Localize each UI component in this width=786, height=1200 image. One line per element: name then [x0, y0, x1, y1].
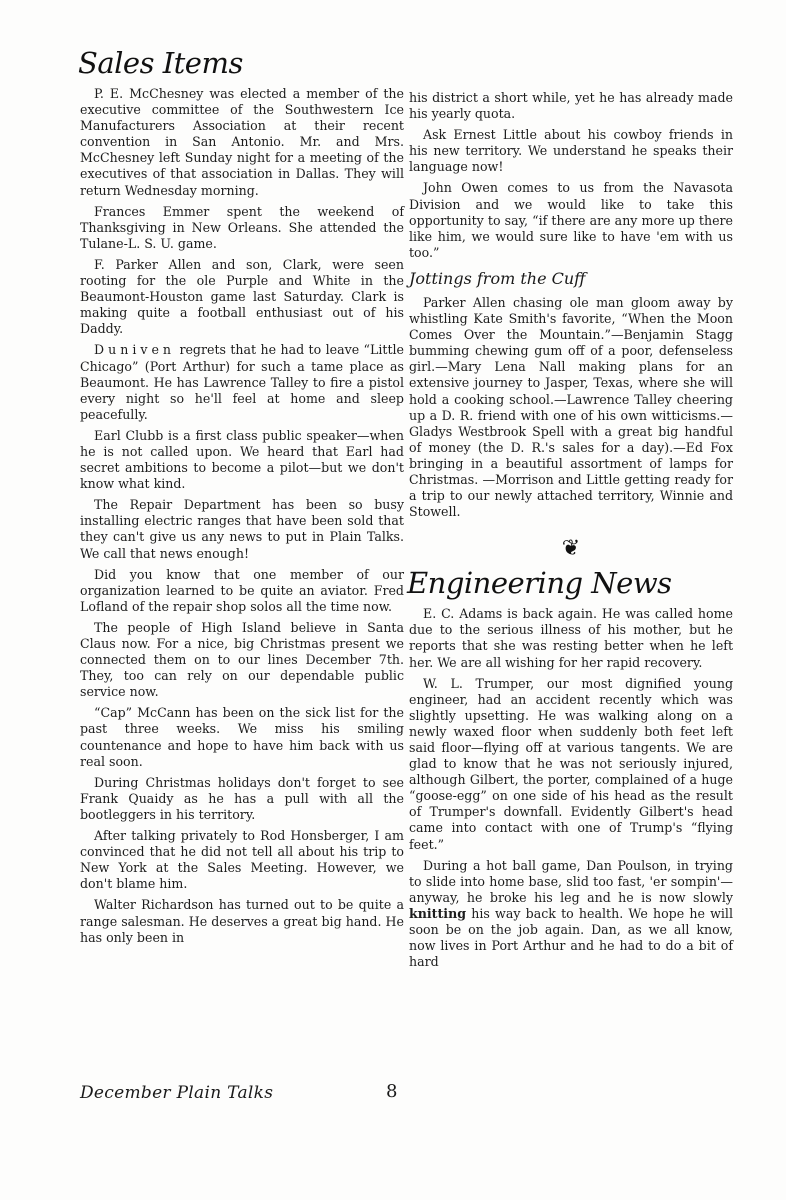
floral-ornament-icon: ❦ — [409, 536, 733, 562]
paragraph: E. C. Adams is back again. He was called… — [409, 606, 733, 670]
right-column: his district a short while, yet he has a… — [409, 16, 733, 975]
paragraph: During a hot ball game, Dan Poul­son, in… — [409, 858, 733, 971]
bold-word: knitting — [409, 906, 466, 921]
jottings-heading: Jottings from the Cuff — [409, 269, 733, 289]
sales-items-heading: Sales Items — [78, 46, 404, 80]
paragraph-continued: his district a short while, yet he has a… — [409, 90, 733, 122]
paragraph: Ask Ernest Little about his cowboy frien… — [409, 127, 733, 175]
left-column: Sales Items P. E. McChesney was elected … — [80, 46, 404, 951]
paragraph-text: During a hot ball game, Dan Poul­son, in… — [409, 858, 733, 905]
paragraph: Frances Emmer spent the weekend of Thank… — [80, 204, 404, 252]
paragraph: Did you know that one member of our orga… — [80, 567, 404, 615]
engineering-news-heading: Engineering News — [407, 566, 733, 600]
paragraph: John Owen comes to us from the Navasota … — [409, 180, 733, 260]
magazine-page: Sales Items P. E. McChesney was elected … — [0, 0, 786, 1200]
publication-name: December Plain Talks — [80, 1083, 273, 1103]
paragraph: During Christmas holidays don't for­get … — [80, 775, 404, 823]
jottings-paragraph: Parker Allen chasing ole man gloom away … — [409, 295, 733, 520]
page-number: 8 — [386, 1081, 397, 1102]
paragraph: After talking privately to Rod Hons­berg… — [80, 828, 404, 892]
paragraph: Duniven regrets that he had to leave “Li… — [80, 342, 404, 422]
paragraph: P. E. McChesney was elected a mem­ber of… — [80, 86, 404, 199]
paragraph: Earl Clubb is a first class public speak… — [80, 428, 404, 492]
paragraph: The people of High Island believe in San… — [80, 620, 404, 700]
paragraph: W. L. Trumper, our most dignified young … — [409, 676, 733, 853]
paragraph: “Cap” McCann has been on the sick list f… — [80, 705, 404, 769]
spaced-name: Duniven — [94, 342, 175, 357]
paragraph: Walter Richardson has turned out to be q… — [80, 897, 404, 945]
paragraph: The Repair Department has been so busy i… — [80, 497, 404, 561]
paragraph: F. Parker Allen and son, Clark, were see… — [80, 257, 404, 337]
